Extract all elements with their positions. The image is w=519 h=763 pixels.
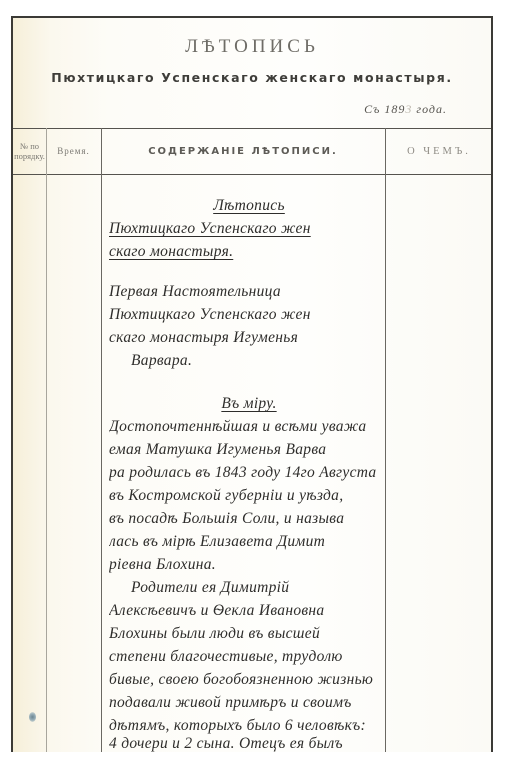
- since-year-line: Съ 1893 года.: [364, 102, 447, 117]
- header-bottom-rule: [13, 174, 491, 175]
- ink-blot: [29, 712, 36, 722]
- entry-body-line: Родители ея Димитрій: [109, 576, 389, 599]
- entry-body-line: въ Костромской губерніи и уѣзда,: [109, 484, 389, 507]
- entry-section-line: Варвара.: [109, 349, 389, 372]
- entry-body-line: бивые, своею богобоязненною жизнью: [109, 668, 389, 691]
- entry-section-line: скаго монастыря Игуменья: [109, 326, 389, 349]
- entry-body-line: степени благочестивые, трудолю: [109, 645, 389, 668]
- column-header-about: О ЧЕМЪ.: [385, 128, 493, 174]
- entry-body-line: въ посадѣ Большія Соли, и называ: [109, 507, 389, 530]
- entry-section-line: Первая Настоятельница: [109, 280, 389, 303]
- column-header-content: СОДЕРЖАНІЕ ЛѢТОПИСИ.: [101, 128, 385, 174]
- entry-body-line: Достопочтеннѣйшая и всѣми уважа: [109, 415, 389, 438]
- entry-body-line: Блохины были люди въ высшей: [109, 622, 389, 645]
- column-divider-number: [46, 128, 47, 752]
- entry-section-line: Пюхтицкаго Успенскаго жен: [109, 303, 389, 326]
- entry-subheading: Въ міру.: [109, 392, 389, 415]
- entry-heading-line: скаго монастыря.: [109, 240, 389, 263]
- entry-body-line: Алексѣевичъ и Ѳекла Ивановна: [109, 599, 389, 622]
- chronicle-page: ЛѢТОПИСЬ Пюхтицкаго Успенскаго женскаго …: [11, 16, 493, 752]
- column-header-number: № по порядку.: [13, 128, 46, 174]
- column-divider-time: [101, 128, 102, 752]
- document-subtitle: Пюхтицкаго Успенскаго женскаго монастыря…: [13, 70, 491, 85]
- column-header-time: Время.: [46, 128, 101, 174]
- entry-body-line: ріевна Блохина.: [109, 553, 389, 576]
- entry-body-line: емая Матушка Игуменья Варва: [109, 438, 389, 461]
- entry-heading-line: Пюхтицкаго Успенскаго жен: [109, 217, 389, 240]
- entry-body-line: подавали живой примѣръ и своимъ: [109, 691, 389, 714]
- since-prefix: Съ 189: [364, 102, 405, 116]
- entry-body-line: лась въ мірѣ Елизавета Димит: [109, 530, 389, 553]
- entry-body-line: ра родилась въ 1843 году 14го Августа: [109, 461, 389, 484]
- document-title: ЛѢТОПИСЬ: [13, 36, 491, 58]
- entry-heading-line: Лѣтопись: [109, 194, 389, 217]
- since-suffix: года.: [412, 102, 447, 116]
- entry-body-line: 4 дочери и 2 сына. Отецъ ея былъ: [109, 732, 389, 755]
